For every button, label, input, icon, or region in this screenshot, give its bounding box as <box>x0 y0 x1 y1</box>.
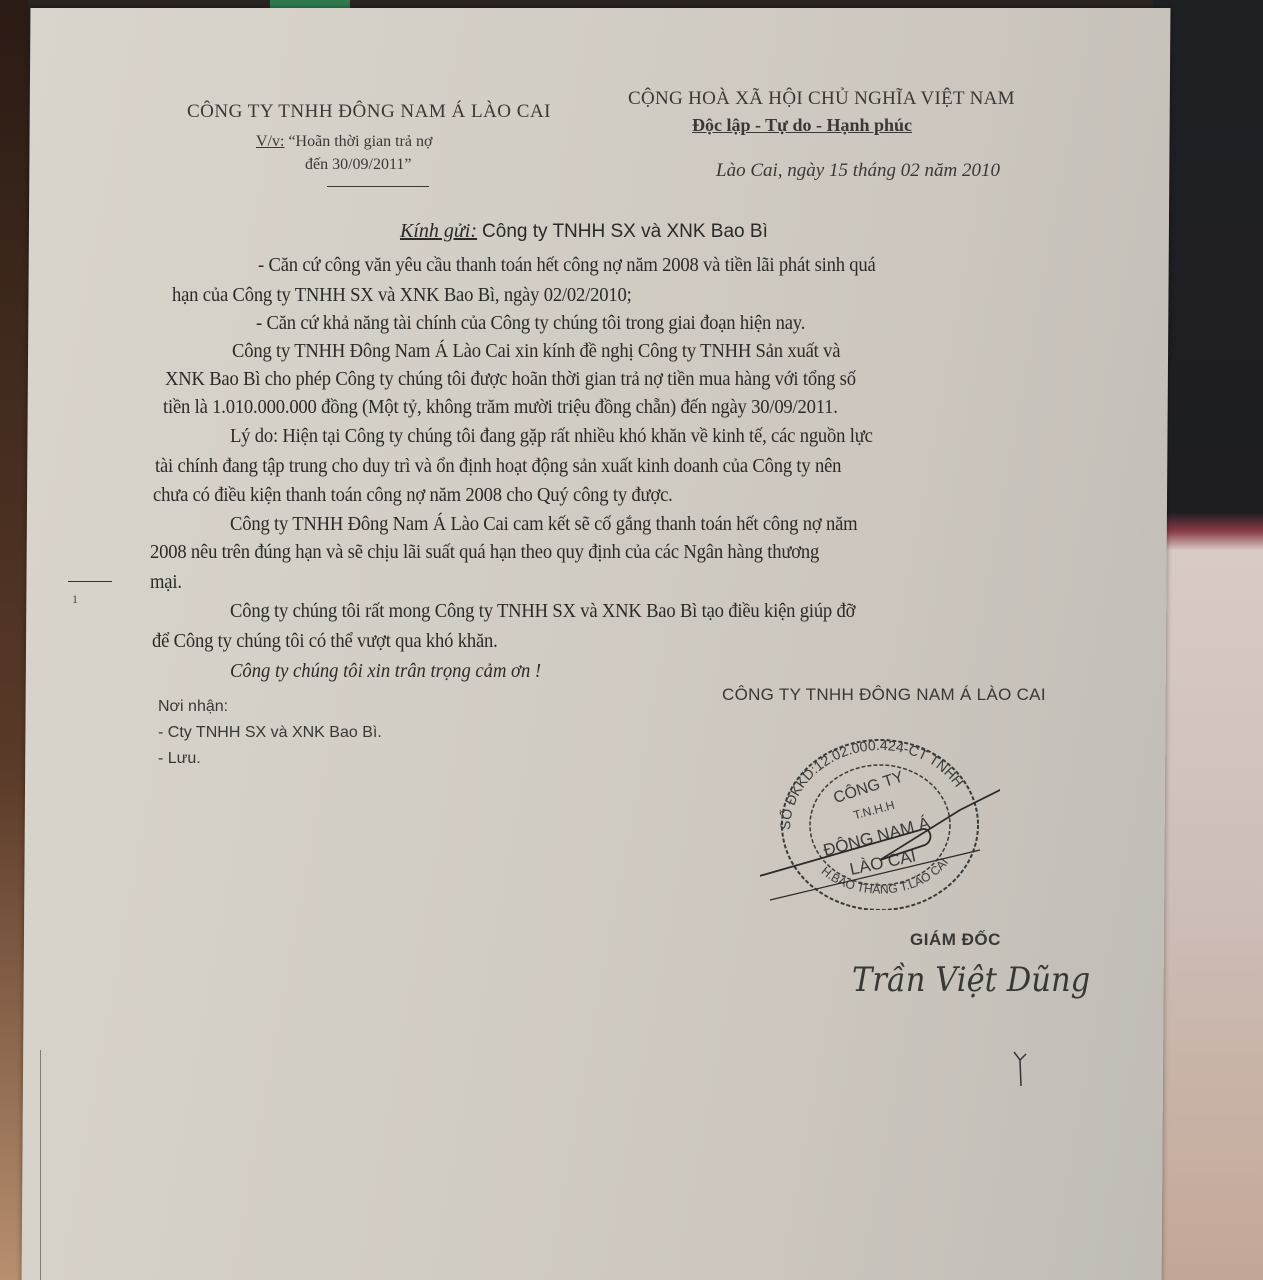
addressee-recipient: Công ty TNHH SX và XNK Bao Bì <box>482 221 768 242</box>
signature-company: CÔNG TY TNHH ĐÔNG NAM Á LÀO CAI <box>722 685 1046 705</box>
body-line: Công ty TNHH Đông Nam Á Lào Cai cam kết … <box>230 513 857 536</box>
background-green-object <box>270 0 350 8</box>
body-line: tài chính đang tập trung cho duy trì và … <box>155 455 841 478</box>
recipient-item: - Cty TNHH SX và XNK Bao Bì. <box>158 724 382 742</box>
subject-line-2: đến 30/09/2011” <box>305 156 412 174</box>
addressee-label: Kính gửi: <box>400 220 477 242</box>
body-line: 2008 nêu trên đúng hạn và sẽ chịu lãi su… <box>150 541 819 564</box>
nation-motto: Độc lập - Tự do - Hạnh phúc <box>692 115 912 136</box>
subject-text-1: “Hoãn thời gian trả nợ <box>288 133 432 150</box>
body-line: hạn của Công ty TNHH SX và XNK Bao Bì, n… <box>172 284 632 307</box>
margin-note: 1 <box>72 592 78 607</box>
stamp-center-2: T.N.H.H <box>852 798 896 822</box>
company-seal-stamp: SỐ ĐKKD:12.02.000.424-CT TNHH H.BẢO THẮN… <box>760 730 1000 910</box>
director-name: Trần Việt Dũng <box>852 960 1090 1000</box>
body-line: Lý do: Hiện tại Công ty chúng tôi đang g… <box>230 425 873 448</box>
addressee-line: Kính gửi: Công ty TNHH SX và XNK Bao Bì <box>400 220 768 243</box>
subject-divider <box>327 186 429 187</box>
director-title: GIÁM ĐỐC <box>910 930 1001 950</box>
body-line: để Công ty chúng tôi có thể vượt qua khó… <box>152 630 498 653</box>
subject-line-1: V/v: “Hoãn thời gian trả nợ <box>256 133 432 151</box>
closing-line: Công ty chúng tôi xin trân trọng cảm ơn … <box>230 660 541 683</box>
body-line: Công ty chúng tôi rất mong Công ty TNHH … <box>230 600 855 623</box>
recipients-title: Nơi nhận: <box>158 698 228 716</box>
body-line: - Căn cứ khả năng tài chính của Công ty … <box>256 312 805 335</box>
date-place: Lào Cai, ngày 15 tháng 02 năm 2010 <box>716 160 1000 182</box>
nation-heading: CỘNG HOÀ XÃ HỘI CHỦ NGHĨA VIỆT NAM <box>628 88 1015 110</box>
stamp-center-1: CÔNG TY <box>831 766 906 807</box>
subject-label: V/v: <box>256 133 284 150</box>
body-line: XNK Bao Bì cho phép Công ty chúng tôi đư… <box>165 368 856 391</box>
issuer-name: CÔNG TY TNHH ĐÔNG NAM Á LÀO CAI <box>187 101 551 123</box>
body-line: mại. <box>150 571 182 594</box>
margin-mark <box>68 581 112 582</box>
body-line: tiền là 1.010.000.000 đồng (Một tỷ, khôn… <box>163 396 838 419</box>
body-line: - Căn cứ công văn yêu cầu thanh toán hết… <box>258 254 876 277</box>
body-line: chưa có điều kiện thanh toán công nợ năm… <box>153 484 673 507</box>
pen-mark <box>1010 1050 1030 1090</box>
background-surface-right <box>1153 0 1263 1280</box>
pencil-line <box>40 1050 41 1280</box>
body-line: Công ty TNHH Đông Nam Á Lào Cai xin kính… <box>232 340 840 363</box>
recipient-item: - Lưu. <box>158 750 201 768</box>
